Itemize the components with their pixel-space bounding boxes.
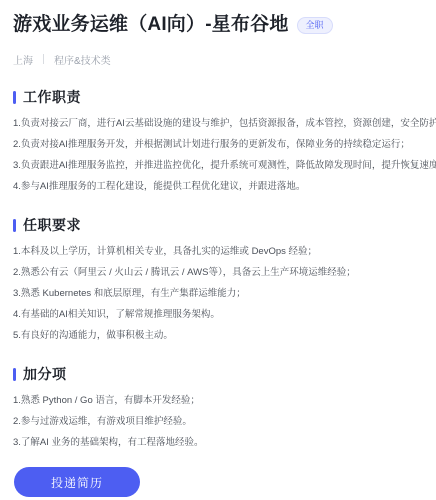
section-title: 任职要求	[23, 215, 81, 235]
job-location: 上海	[13, 52, 33, 67]
employment-type-badge: 全职	[297, 17, 333, 34]
requirements-list: 1.本科及以上学历，计算机相关专业，具备扎实的运维或 DevOps 经验； 2.…	[13, 241, 423, 346]
bonus-list: 1.熟悉 Python / Go 语言，有脚本开发经验； 2.参与过游戏运维，有…	[13, 390, 423, 453]
list-item: 3.熟悉 Kubernetes 和底层原理，有生产集群运维能力；	[13, 283, 423, 304]
list-item: 3.负责跟进AI推理服务监控，并推进监控优化，提升系统可观测性，降低故障发现时间…	[13, 155, 423, 176]
list-item: 1.熟悉 Python / Go 语言，有脚本开发经验；	[13, 390, 423, 411]
list-item: 4.参与AI推理服务的工程化建设，能提供工程优化建议，并跟进落地。	[13, 176, 423, 197]
heading-accent-bar	[13, 368, 16, 381]
list-item: 3.了解AI 业务的基础架构，有工程落地经验。	[13, 432, 423, 453]
section-heading-responsibilities: 工作职责	[13, 89, 423, 105]
job-meta: 上海 程序&技术类	[13, 53, 423, 65]
apply-button[interactable]: 投递简历	[14, 467, 140, 497]
job-category: 程序&技术类	[54, 52, 111, 67]
page-title: 游戏业务运维（AI向）-星布谷地	[13, 13, 289, 37]
responsibilities-list: 1.负责对接云厂商，进行AI云基础设施的建设与维护，包括资源报备，成本管控，资源…	[13, 113, 423, 197]
list-item: 2.参与过游戏运维，有游戏项目维护经验。	[13, 411, 423, 432]
section-title: 加分项	[23, 364, 67, 384]
list-item: 4.有基础的AI相关知识，了解常规推理服务架构。	[13, 304, 423, 325]
meta-divider	[43, 54, 44, 64]
section-heading-requirements: 任职要求	[13, 217, 423, 233]
list-item: 1.本科及以上学历，计算机相关专业，具备扎实的运维或 DevOps 经验；	[13, 241, 423, 262]
list-item: 2.负责对接AI推理服务开发，并根据测试计划进行服务的更新发布，保障业务的持续稳…	[13, 134, 423, 155]
list-item: 2.熟悉公有云（阿里云 / 火山云 / 腾讯云 / AWS等），具备云上生产环境…	[13, 262, 423, 283]
job-header: 游戏业务运维（AI向）-星布谷地 全职	[13, 13, 423, 37]
list-item: 5.有良好的沟通能力，做事积极主动。	[13, 325, 423, 346]
section-title: 工作职责	[23, 87, 81, 107]
heading-accent-bar	[13, 219, 16, 232]
section-heading-bonus: 加分项	[13, 366, 423, 382]
heading-accent-bar	[13, 91, 16, 104]
list-item: 1.负责对接云厂商，进行AI云基础设施的建设与维护，包括资源报备，成本管控，资源…	[13, 113, 423, 134]
job-posting-page: 游戏业务运维（AI向）-星布谷地 全职 上海 程序&技术类 工作职责 1.负责对…	[0, 0, 436, 500]
